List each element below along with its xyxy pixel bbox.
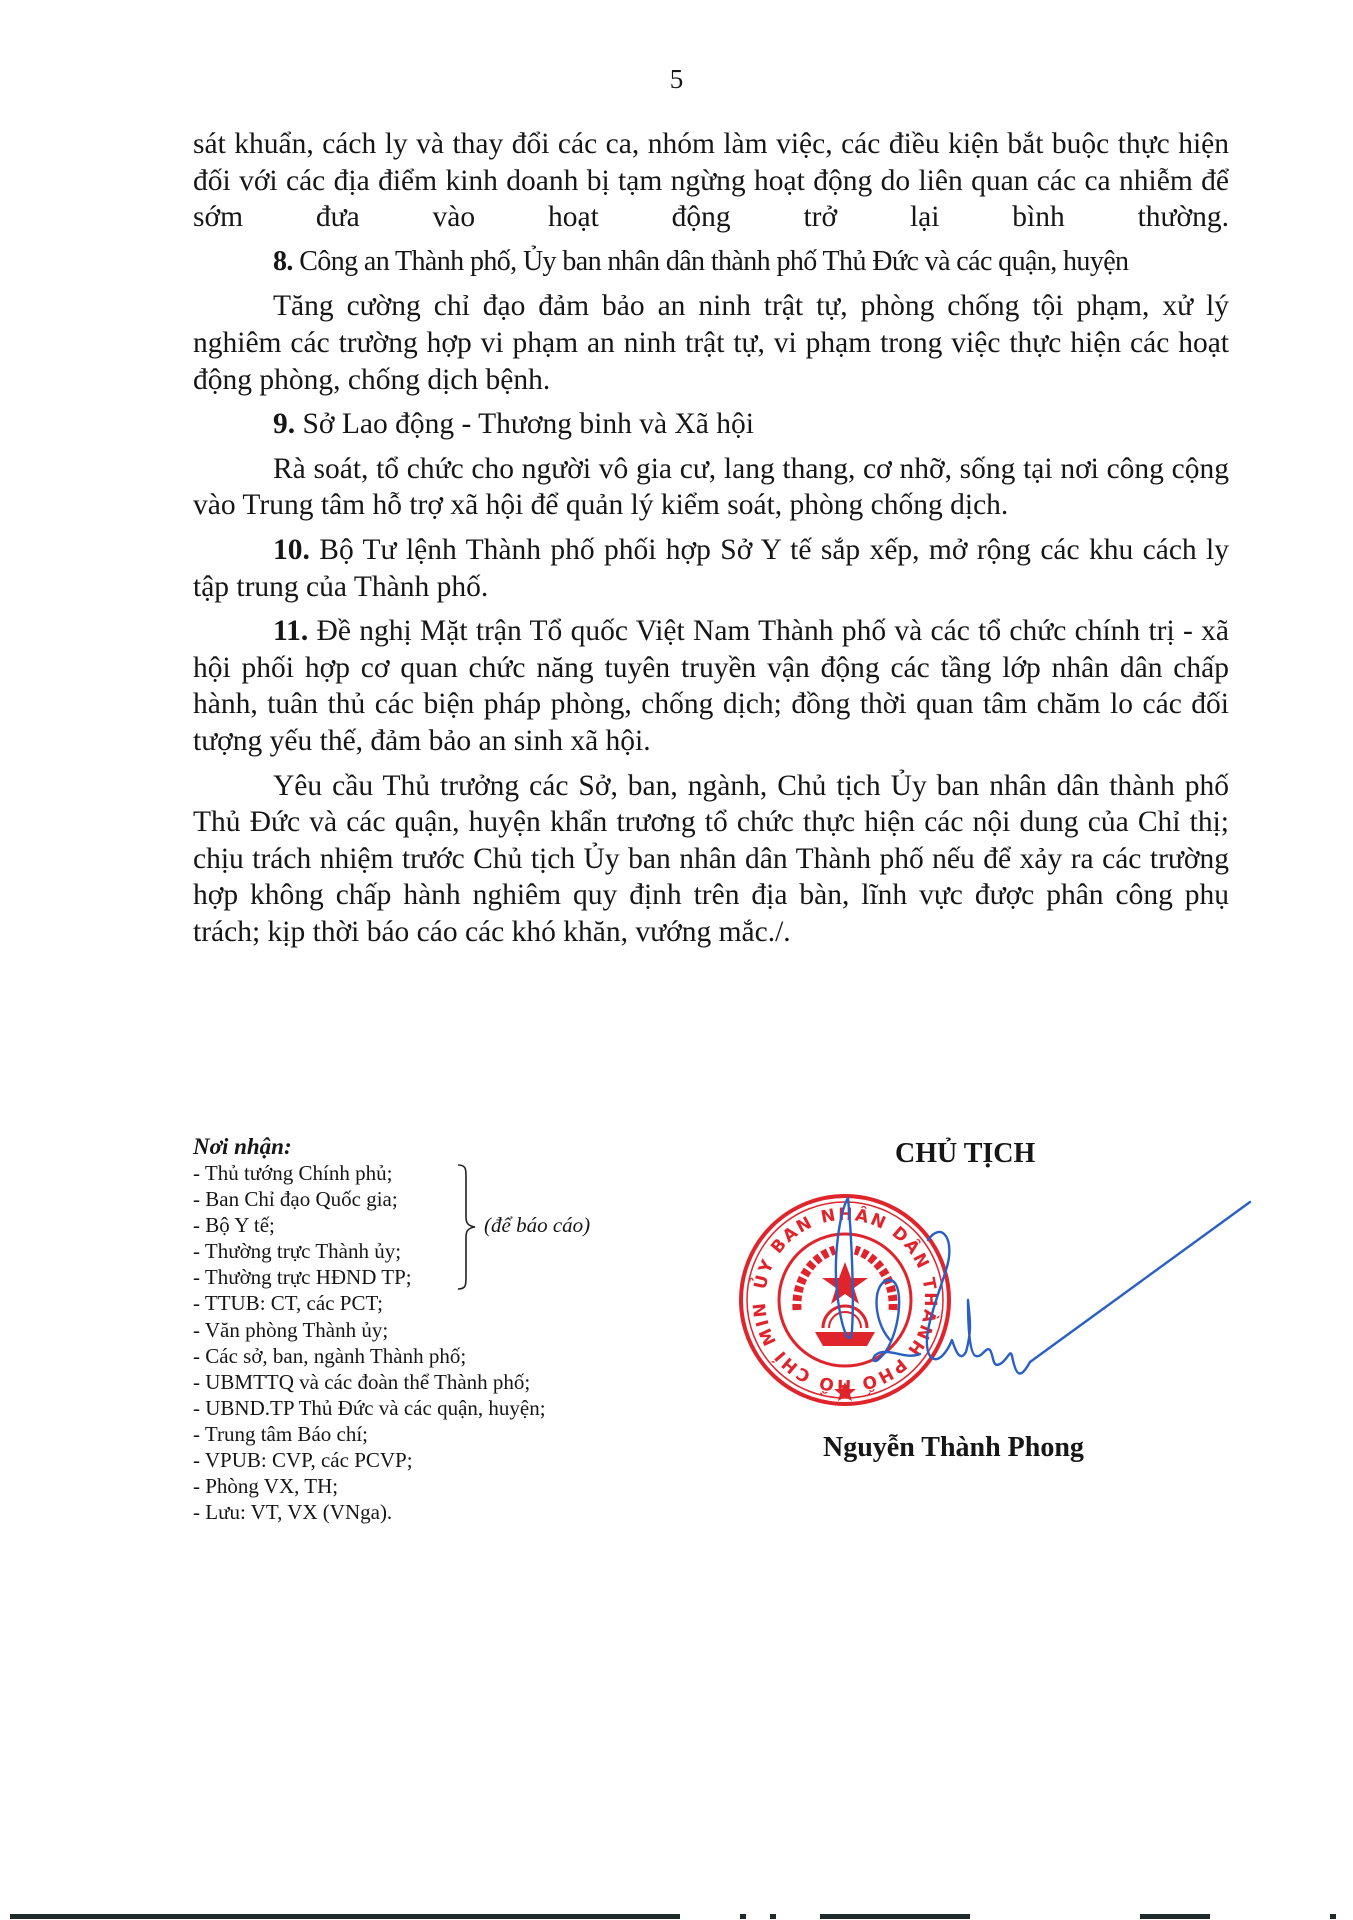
section-9-body: Rà soát, tổ chức cho người vô gia cư, la…	[193, 451, 1229, 524]
recipient-item: - Thủ tướng Chính phủ;	[193, 1160, 546, 1186]
section-10: 10. Bộ Tư lệnh Thành phố phối hợp Sở Y t…	[193, 532, 1229, 605]
paragraph-continuation: sát khuẩn, cách ly và thay đổi các ca, n…	[193, 126, 1229, 236]
section-number: 11.	[273, 615, 308, 647]
scan-edge-divider	[740, 1914, 746, 1919]
section-8-body: Tăng cường chỉ đạo đảm bảo an ninh trật …	[193, 288, 1229, 398]
recipient-item: - Lưu: VT, VX (VNga).	[193, 1499, 546, 1525]
recipient-item: - VPUB: CVP, các PCVP;	[193, 1447, 546, 1473]
section-number: 10.	[273, 534, 310, 566]
brace-note: (để báo cáo)	[484, 1213, 590, 1238]
recipients-list: Nơi nhận: - Thủ tướng Chính phủ; - Ban C…	[193, 1134, 546, 1525]
recipients-title: Nơi nhận:	[193, 1134, 546, 1160]
handwritten-signature-icon	[780, 1180, 1260, 1420]
scan-edge-divider	[770, 1914, 776, 1919]
closing-paragraph: Yêu cầu Thủ trưởng các Sở, ban, ngành, C…	[193, 768, 1229, 951]
signer-name: Nguyễn Thành Phong	[823, 1432, 1084, 1464]
section-number: 8.	[273, 246, 293, 277]
recipient-item: - Các sở, ban, ngành Thành phố;	[193, 1343, 546, 1369]
recipient-item: - Ban Chỉ đạo Quốc gia;	[193, 1186, 546, 1212]
section-number: 9.	[273, 408, 295, 440]
recipient-item: - Phòng VX, TH;	[193, 1473, 546, 1499]
section-9-heading: 9. Sở Lao động - Thương binh và Xã hội	[193, 406, 1229, 443]
scan-edge-divider	[820, 1914, 970, 1919]
recipient-item: - TTUB: CT, các PCT;	[193, 1290, 546, 1316]
recipient-item: - UBND.TP Thủ Đức và các quận, huyện;	[193, 1395, 546, 1421]
document-body: sát khuẩn, cách ly và thay đổi các ca, n…	[193, 126, 1229, 958]
section-8-heading: 8. Công an Thành phố, Ủy ban nhân dân th…	[193, 244, 1229, 281]
page-number: 5	[0, 64, 1353, 95]
scan-edge-divider	[1140, 1914, 1210, 1919]
recipient-item: - Thường trực HĐND TP;	[193, 1264, 546, 1290]
recipient-item: - Văn phòng Thành ủy;	[193, 1317, 546, 1343]
curly-brace-icon	[456, 1163, 478, 1291]
recipient-item: - Thường trực Thành ủy;	[193, 1238, 546, 1264]
signature-title: CHỦ TỊCH	[895, 1138, 1035, 1170]
section-11: 11. Đề nghị Mặt trận Tổ quốc Việt Nam Th…	[193, 613, 1229, 759]
scan-edge-divider	[1330, 1914, 1336, 1919]
recipient-item: - UBMTTQ và các đoàn thể Thành phố;	[193, 1369, 546, 1395]
recipient-item: - Trung tâm Báo chí;	[193, 1421, 546, 1447]
scan-edge-divider	[10, 1914, 680, 1919]
